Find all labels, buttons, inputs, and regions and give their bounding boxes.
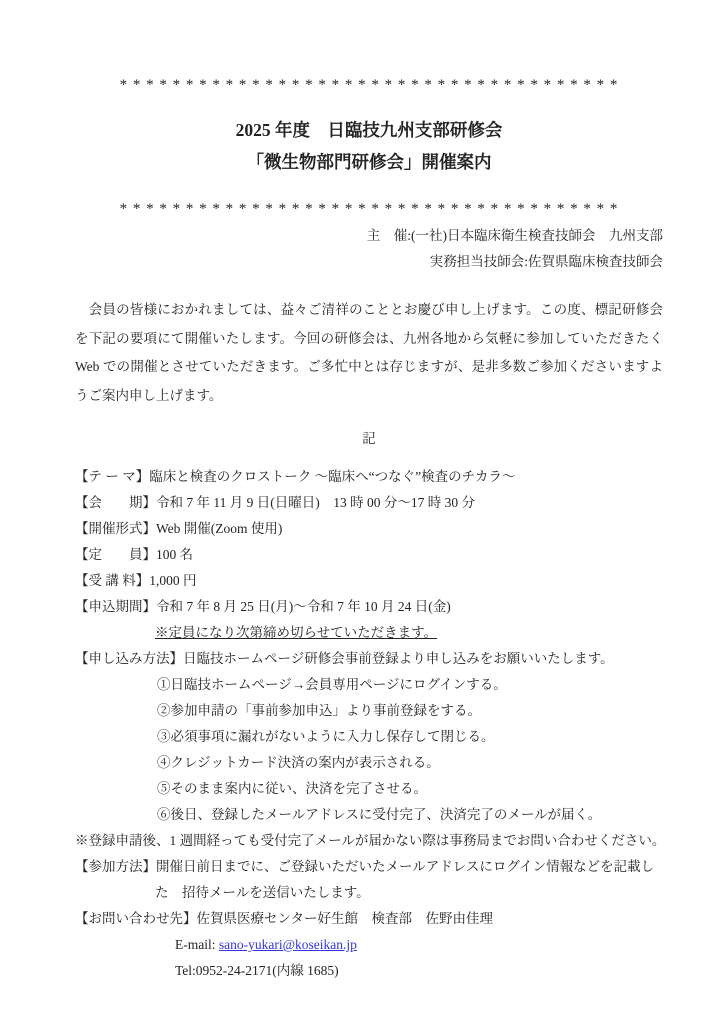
fee-row: 【受 講 料】1,000 円: [75, 568, 663, 594]
contact-value: 佐賀県医療センター好生館 検査部 佐野由佳理: [197, 911, 493, 926]
application-value: 日臨技ホームページ研修会事前登録より申し込みをお願いいたします。: [183, 651, 614, 666]
theme-label: 【テ ー マ】: [75, 469, 149, 484]
contact-label: 【お問い合わせ先】: [75, 911, 197, 926]
application-step-3: ③必須事項に漏れがないように入力し保存して閉じる。: [75, 724, 663, 750]
deadline-note: ※定員になり次第締め切らせていただきます。: [155, 625, 437, 640]
capacity-row: 【定 員】100 名: [75, 542, 663, 568]
application-note: ※登録申請後、1 週間経っても受付完了メールが届かない際は事務局までお問い合わせ…: [75, 828, 663, 854]
document-page: * * * * * * * * * * * * * * * * * * * * …: [0, 0, 723, 1024]
date-label: 【会 期】: [75, 495, 156, 510]
participation-label: 【参加方法】: [75, 859, 156, 874]
application-step-6: ⑥後日、登録したメールアドレスに受付完了、決済完了のメールが届く。: [75, 802, 663, 828]
title-line-1: 2025 年度 日臨技九州支部研修会: [75, 114, 663, 146]
organizer-host: 主 催:(一社)日本臨床衛生検査技師会 九州支部: [75, 223, 663, 249]
period-row: 【申込期間】令和 7 年 8 月 25 日(月)～令和 7 年 10 月 24 …: [75, 594, 663, 620]
contact-row: 【お問い合わせ先】佐賀県医療センター好生館 検査部 佐野由佳理: [75, 906, 663, 932]
theme-row: 【テ ー マ】臨床と検査のクロストーク ～臨床へ“つなぐ”検査のチカラ～: [75, 464, 663, 490]
capacity-label: 【定 員】: [75, 547, 156, 562]
email-label: E-mail:: [175, 937, 219, 952]
application-step-4: ④クレジットカード決済の案内が表示される。: [75, 750, 663, 776]
application-step-2: ②参加申請の「事前参加申込」より事前登録をする。: [75, 698, 663, 724]
record-mark: 記: [75, 426, 663, 452]
greeting-paragraph: 会員の皆様におかれましては、益々ご清祥のこととお慶び申し上げます。この度、標記研…: [75, 296, 663, 410]
organizer-cohost: 実務担当技師会:佐賀県臨床検査技師会: [75, 249, 663, 275]
organizer-block: 主 催:(一社)日本臨床衛生検査技師会 九州支部 実務担当技師会:佐賀県臨床検査…: [75, 223, 663, 274]
date-value: 令和 7 年 11 月 9 日(日曜日) 13 時 00 分～17 時 30 分: [156, 495, 475, 510]
application-row: 【申し込み方法】日臨技ホームページ研修会事前登録より申し込みをお願いいたします。: [75, 646, 663, 672]
date-row: 【会 期】令和 7 年 11 月 9 日(日曜日) 13 時 00 分～17 時…: [75, 490, 663, 516]
email-row: E-mail: sano-yukari@koseikan.jp: [75, 932, 663, 958]
details-section: 【テ ー マ】臨床と検査のクロストーク ～臨床へ“つなぐ”検査のチカラ～ 【会 …: [75, 464, 663, 984]
format-label: 【開催形式】: [75, 521, 156, 536]
divider-top: * * * * * * * * * * * * * * * * * * * * …: [75, 76, 663, 94]
theme-value: 臨床と検査のクロストーク ～臨床へ“つなぐ”検査のチカラ～: [149, 469, 515, 484]
email-link[interactable]: sano-yukari@koseikan.jp: [219, 937, 357, 952]
application-step-5: ⑤そのまま案内に従い、決済を完了させる。: [75, 776, 663, 802]
format-value: Web 開催(Zoom 使用): [156, 521, 282, 536]
capacity-value: 100 名: [156, 547, 193, 562]
deadline-note-row: ※定員になり次第締め切らせていただきます。: [75, 620, 663, 646]
fee-value: 1,000 円: [149, 573, 196, 588]
tel-row: Tel:0952-24-2171(内線 1685): [75, 958, 663, 984]
period-value: 令和 7 年 8 月 25 日(月)～令和 7 年 10 月 24 日(金): [156, 599, 451, 614]
format-row: 【開催形式】Web 開催(Zoom 使用): [75, 516, 663, 542]
fee-label: 【受 講 料】: [75, 573, 149, 588]
title-line-2: 「微生物部門研修会」開催案内: [75, 146, 663, 178]
application-step-1: ①日臨技ホームページ→会員専用ページにログインする。: [75, 672, 663, 698]
participation-row: 【参加方法】開催日前日までに、ご登録いただいたメールアドレスにログイン情報などを…: [75, 854, 663, 906]
participation-value: 開催日前日までに、ご登録いただいたメールアドレスにログイン情報などを記載した 招…: [155, 859, 654, 900]
divider-middle: * * * * * * * * * * * * * * * * * * * * …: [75, 200, 663, 218]
document-title: 2025 年度 日臨技九州支部研修会 「微生物部門研修会」開催案内: [75, 114, 663, 178]
period-label: 【申込期間】: [75, 599, 156, 614]
application-label: 【申し込み方法】: [75, 651, 183, 666]
